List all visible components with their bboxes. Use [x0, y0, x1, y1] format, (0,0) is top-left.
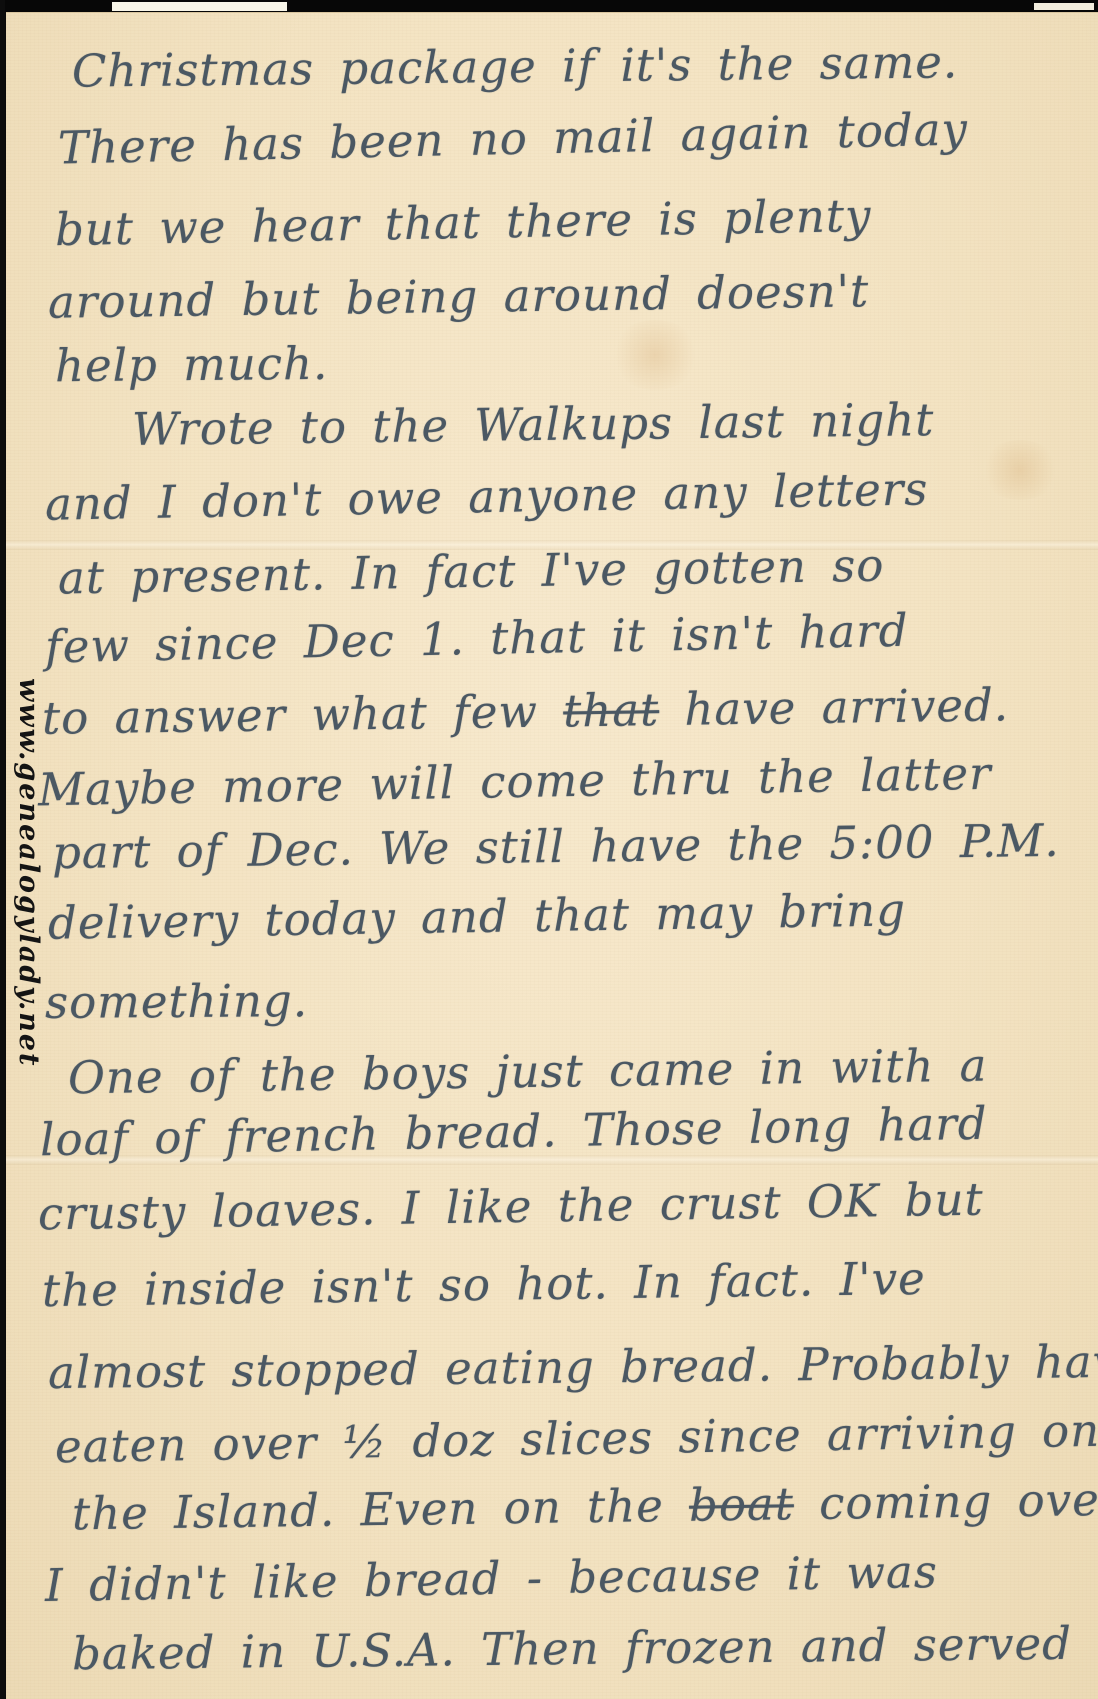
- handwriting-line: crusty loaves. I like the crust OK but: [38, 1173, 984, 1241]
- handwriting-line: eaten over ½ doz slices since arriving o…: [55, 1404, 1098, 1473]
- handwriting-text: part of Dec. We still have the 5:00 P.M.: [52, 814, 1060, 879]
- handwriting-text: have arrived.: [659, 678, 1010, 736]
- handwriting-line: Maybe more will come thru the latter: [38, 747, 992, 817]
- handwriting-text: baked in U.S.A. Then frozen and served: [72, 1617, 1072, 1680]
- watermark-text: www.genealogylady.net: [13, 678, 44, 1068]
- handwriting-text: eaten over ½ doz slices since arriving o…: [55, 1404, 1098, 1473]
- handwriting-line: loaf of french bread. Those long hard: [40, 1097, 988, 1167]
- handwriting-line: There has been no mail again today: [58, 102, 969, 174]
- handwriting-text: something.: [45, 974, 308, 1029]
- handwriting-text: help much.: [55, 337, 329, 392]
- handwriting-line: and I don't owe anyone any letters: [45, 462, 929, 530]
- struck-word: boat: [689, 1477, 795, 1531]
- letter-body: Christmas package if it's the same.There…: [0, 0, 1098, 1699]
- handwriting-text: One of the boys just came in with a: [68, 1039, 988, 1105]
- handwriting-text: There has been no mail again today: [58, 102, 969, 174]
- handwriting-line: few since Dec 1. that it isn't hard: [45, 604, 909, 674]
- handwriting-text: I didn't like bread - because it was: [45, 1545, 939, 1612]
- letter-scan: Christmas package if it's the same.There…: [0, 0, 1098, 1699]
- handwriting-text: around but being around doesn't: [48, 264, 870, 328]
- handwriting-line: the Island. Even on the boat coming over: [72, 1473, 1098, 1541]
- handwriting-line: to answer what few that have arrived.: [42, 678, 1010, 744]
- handwriting-text: loaf of french bread. Those long hard: [40, 1097, 988, 1167]
- handwriting-line: at present. In fact I've gotten so: [58, 539, 885, 605]
- struck-word: that: [563, 683, 660, 737]
- handwriting-line: delivery today and that may bring: [48, 883, 907, 949]
- handwriting-text: crusty loaves. I like the crust OK but: [38, 1173, 984, 1241]
- handwriting-text: Christmas package if it's the same.: [72, 35, 959, 97]
- handwriting-line: I didn't like bread - because it was: [45, 1545, 939, 1612]
- handwriting-line: part of Dec. We still have the 5:00 P.M.: [52, 814, 1060, 879]
- handwriting-line: almost stopped eating bread. Probably ha…: [48, 1334, 1098, 1399]
- handwriting-line: baked in U.S.A. Then frozen and served: [72, 1617, 1072, 1680]
- handwriting-line: the inside isn't so hot. In fact. I've: [42, 1252, 926, 1317]
- handwriting-line: around but being around doesn't: [48, 264, 870, 328]
- scan-edge-top-gap: [112, 2, 287, 11]
- handwriting-line: but we hear that there is plenty: [55, 189, 872, 256]
- handwriting-line: Wrote to the Walkups last night: [132, 393, 935, 456]
- handwriting-text: and I don't owe anyone any letters: [45, 462, 929, 530]
- handwriting-text: at present. In fact I've gotten so: [58, 539, 885, 605]
- handwriting-text: to answer what few: [42, 684, 564, 744]
- handwriting-text: but we hear that there is plenty: [55, 189, 872, 256]
- handwriting-line: Christmas package if it's the same.: [72, 35, 959, 97]
- handwriting-text: almost stopped eating bread. Probably ha…: [48, 1334, 1098, 1399]
- handwriting-line: help much.: [55, 337, 329, 392]
- handwriting-text: Wrote to the Walkups last night: [132, 393, 935, 456]
- handwriting-text: Maybe more will come thru the latter: [38, 747, 992, 817]
- scan-edge-top-gap-right: [1034, 3, 1094, 10]
- handwriting-text: few since Dec 1. that it isn't hard: [45, 604, 909, 674]
- handwriting-text: coming over: [793, 1473, 1098, 1531]
- handwriting-line: One of the boys just came in with a: [68, 1039, 988, 1105]
- handwriting-text: the inside isn't so hot. In fact. I've: [42, 1252, 926, 1317]
- handwriting-text: the Island. Even on the: [72, 1479, 690, 1541]
- handwriting-line: something.: [45, 974, 308, 1029]
- scan-edge-left: [0, 0, 5, 1699]
- handwriting-text: delivery today and that may bring: [48, 883, 907, 949]
